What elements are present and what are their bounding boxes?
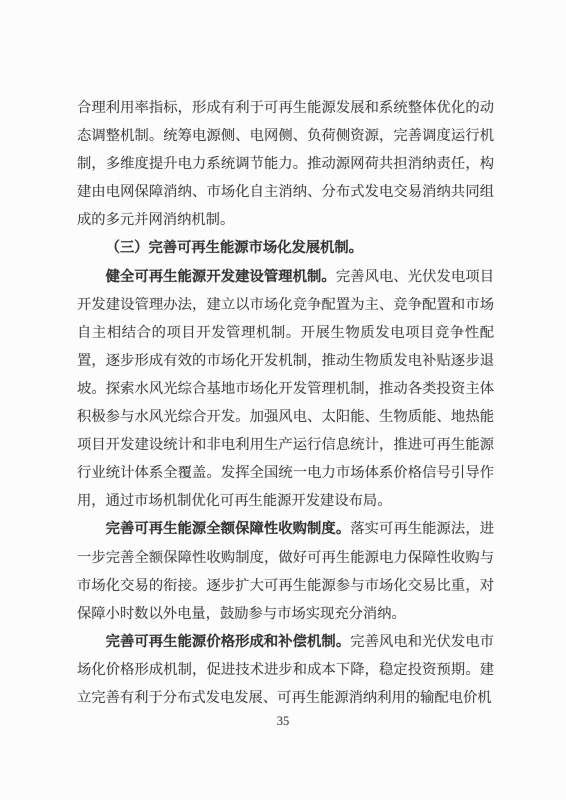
document-page: 合理利用率指标，形成有利于可再生能源发展和系统整体优化的动态调整机制。统筹电源侧…: [0, 0, 566, 800]
paragraph-price-formation: 完善可再生能源价格形成和补偿机制。完善风电和光伏发电市场化价格形成机制，促进技术…: [77, 628, 494, 712]
paragraph-lead-price-formation: 完善可再生能源价格形成和补偿机制。: [106, 634, 351, 650]
paragraph-grid-consumption-mechanism: 合理利用率指标，形成有利于可再生能源发展和系统整体优化的动态调整机制。统筹电源侧…: [77, 94, 494, 234]
document-text-block: 合理利用率指标，形成有利于可再生能源发展和系统整体优化的动态调整机制。统筹电源侧…: [77, 94, 494, 712]
page-number: 35: [0, 711, 566, 731]
paragraph-body-development-management: 完善风电、光伏发电项目开发建设管理办法，建立以市场化竞争配置为主、竞争配置和市场…: [77, 269, 494, 510]
paragraph-lead-guaranteed-purchase: 完善可再生能源全额保障性收购制度。: [106, 521, 351, 537]
section-heading-market-mechanism: （三）完善可再生能源市场化发展机制。: [77, 234, 494, 262]
paragraph-lead-development-management: 健全可再生能源开发建设管理机制。: [106, 269, 336, 285]
paragraph-development-management: 健全可再生能源开发建设管理机制。完善风电、光伏发电项目开发建设管理办法，建立以市…: [77, 263, 494, 516]
paragraph-guaranteed-purchase: 完善可再生能源全额保障性收购制度。落实可再生能源法，进一步完善全额保障性收购制度…: [77, 515, 494, 627]
